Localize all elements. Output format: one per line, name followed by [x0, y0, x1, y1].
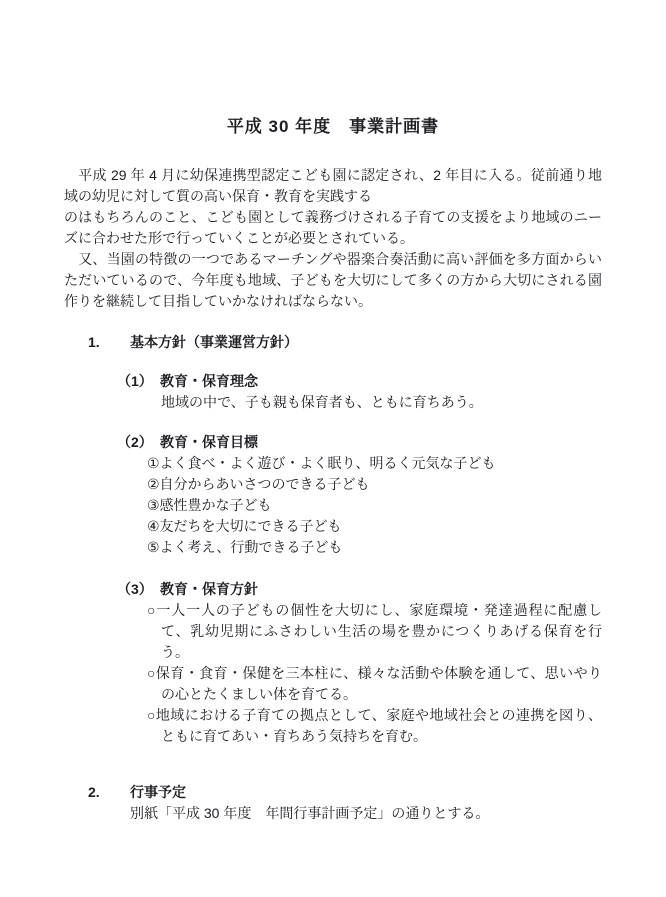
section-1-title: 基本方針（事業運営方針）	[130, 332, 298, 353]
section-2-title: 行事予定	[130, 782, 186, 803]
section-2-number: 2.	[88, 782, 130, 803]
policy-list-item-2: ○保育・食育・保健を三本柱に、様々な活動や体験を通して、思いやりの心とたくましい…	[64, 663, 602, 705]
subsection-1-1-heading: （1） 教育・保育理念	[117, 371, 602, 392]
subsection-1-2-label: （2）	[117, 432, 160, 453]
subsection-1-1-body: 地域の中で、子も親も保育者も、ともに育ちあう。	[161, 392, 602, 413]
section-1-heading: 1. 基本方針（事業運営方針）	[88, 332, 602, 353]
page-title: 平成 30 年度 事業計画書	[64, 116, 602, 138]
section-2-heading: 2. 行事予定	[88, 782, 602, 803]
intro-paragraph-line-3: 又、当園の特徴の一つであるマーチングや器楽合奏活動に高い評価を多方面からいただい…	[64, 249, 602, 312]
policy-list-item-1: ○一人一人の子どもの個性を大切にし、家庭環境・発達過程に配慮して、乳幼児期にふさ…	[64, 600, 602, 663]
section-2-body: 別紙「平成 30 年度 年間行事計画予定」の通りとする。	[130, 803, 602, 824]
subsection-1-3-title: 教育・保育方針	[160, 579, 258, 600]
subsection-1-1-label: （1）	[117, 371, 160, 392]
subsection-1-3-heading: （3） 教育・保育方針	[117, 579, 602, 600]
subsection-1-2-heading: （2） 教育・保育目標	[117, 432, 602, 453]
goal-list-item-5: ⑤よく考え、行動できる子ども	[147, 537, 602, 558]
subsection-1-1-title: 教育・保育理念	[160, 371, 258, 392]
goal-list-item-2: ②自分からあいさつのできる子ども	[147, 474, 602, 495]
section-1-number: 1.	[88, 332, 130, 353]
goal-list-item-4: ④友だちを大切にできる子ども	[147, 516, 602, 537]
goal-list-item-3: ③感性豊かな子ども	[147, 495, 602, 516]
intro-paragraph-line-2: のはもちろんのこと、こども園として義務づけされる子育ての支援をより地域のニーズに…	[64, 207, 602, 249]
intro-paragraph-line-1: 平成 29 年 4 月に幼保連携型認定こども園に認定され、2 年目に入る。従前通…	[64, 165, 602, 207]
subsection-1-2-title: 教育・保育目標	[160, 432, 258, 453]
policy-list-item-3: ○地域における子育ての拠点として、家庭や地域社会との連携を図り、ともに育てあい・…	[64, 705, 602, 747]
subsection-1-3-label: （3）	[117, 579, 160, 600]
document-page: 平成 30 年度 事業計画書 平成 29 年 4 月に幼保連携型認定こども園に認…	[0, 0, 666, 897]
goal-list-item-1: ①よく食べ・よく遊び・よく眠り、明るく元気な子ども	[147, 453, 602, 474]
